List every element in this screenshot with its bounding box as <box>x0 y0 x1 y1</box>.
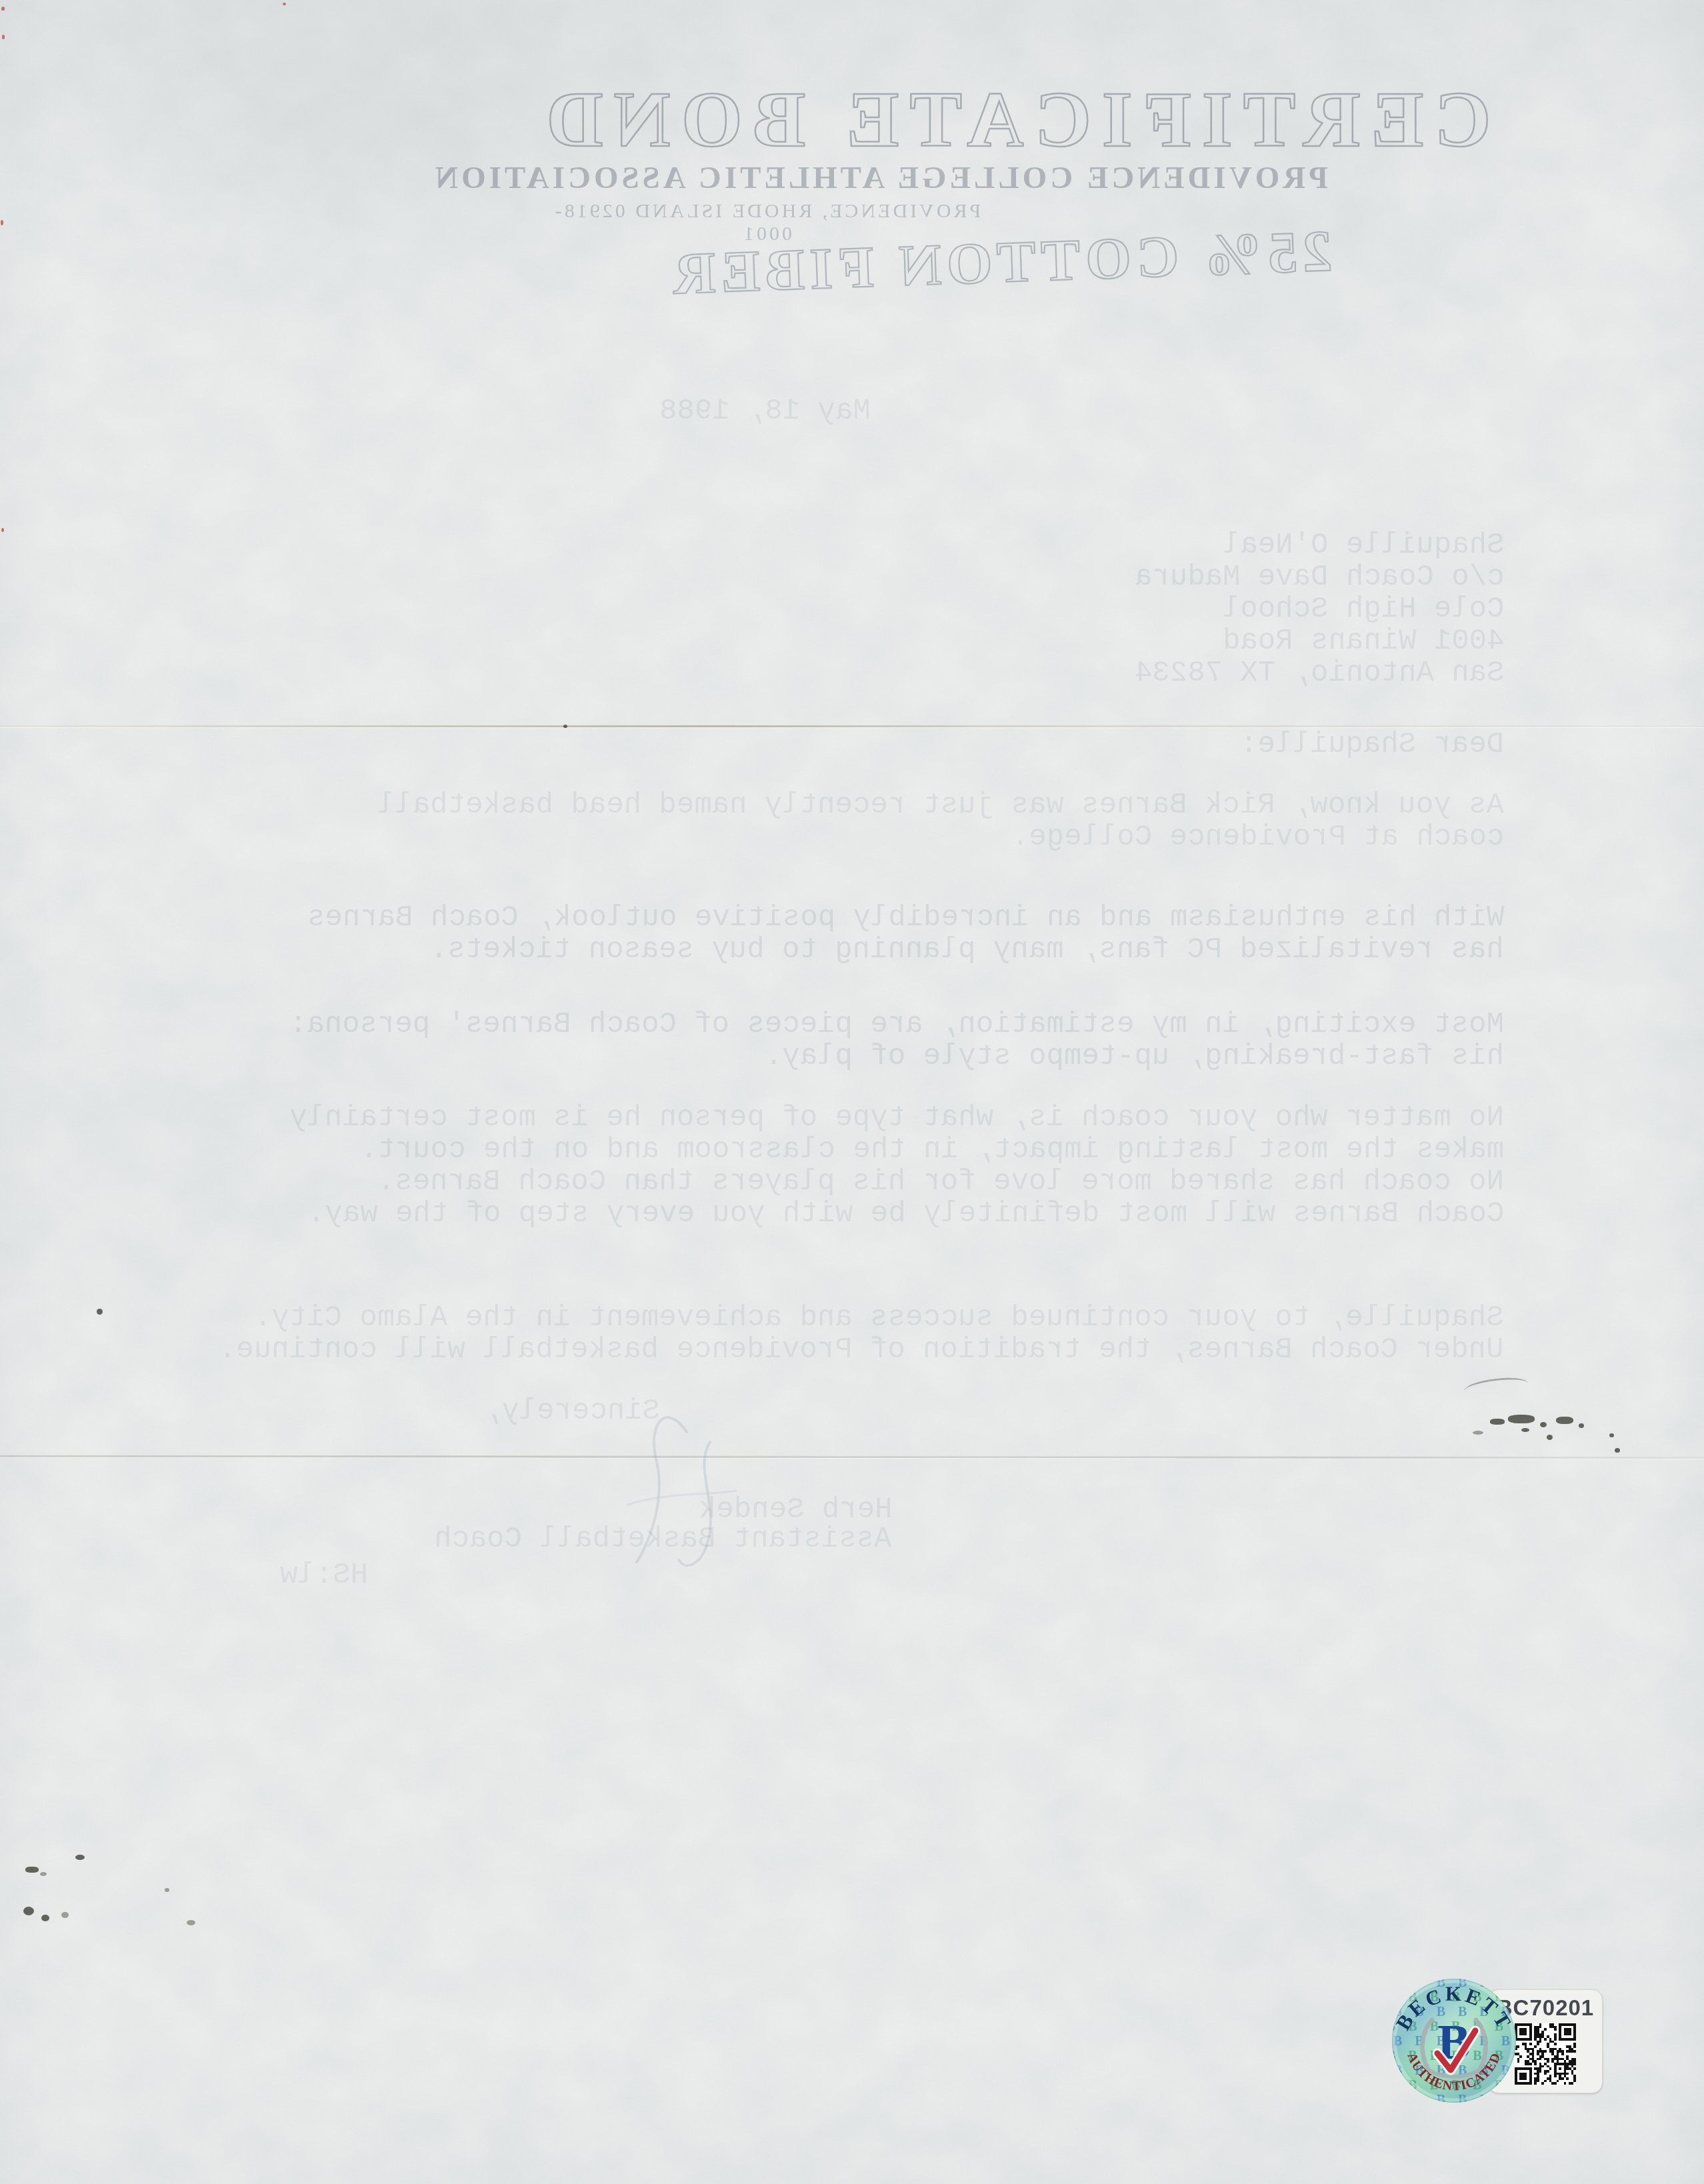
ink-speck <box>75 1855 85 1860</box>
red-fiber-speck <box>2 35 5 39</box>
ink-speck <box>1540 1422 1547 1427</box>
ink-speck <box>1615 1448 1620 1453</box>
ink-speck <box>1473 1431 1483 1435</box>
red-fiber-speck <box>1 7 5 11</box>
ink-speck <box>1556 1417 1573 1424</box>
paper-mottle-texture <box>0 0 1704 2184</box>
body-line: Shaquille, to your continued success and… <box>254 1301 1504 1335</box>
ink-speck <box>165 1888 169 1892</box>
body-line: Coach Barnes will most definitely be wit… <box>307 1197 1505 1231</box>
recipient-line: Shaquille O'Neal <box>1223 529 1504 562</box>
ink-speck <box>1547 1435 1553 1440</box>
ink-speck <box>97 1309 103 1315</box>
body-line: With his enthusiasm and an incredibly po… <box>307 901 1505 935</box>
recipient-line: San Antonio, TX 78234 <box>1135 657 1505 690</box>
letter-date: May 18, 1988 <box>659 395 871 428</box>
red-fiber-speck <box>1 220 3 225</box>
body-line: has revitalized PC fans, many planning t… <box>430 933 1504 967</box>
red-fiber-speck <box>1 528 4 532</box>
signer-title-line: Assistant Basketball Coach <box>434 1523 892 1556</box>
qr-code <box>1515 2023 1576 2085</box>
typist-initials-line: HS:lw <box>280 1559 368 1592</box>
salutation-line: Dear Shaquille: <box>1240 728 1504 761</box>
ink-speck <box>23 1907 34 1915</box>
paper-grain-texture <box>0 0 1704 2184</box>
ink-speck <box>563 725 567 728</box>
signer-name-line: Herb Sendek <box>699 1493 892 1527</box>
body-line: No coach has shared more love for his pl… <box>377 1165 1504 1199</box>
ink-speck <box>25 1867 39 1873</box>
watermark-certificate-bond: CERTIFICATE BOND <box>427 75 1600 165</box>
recipient-line: Cole High School <box>1223 593 1504 626</box>
body-line: makes the most lasting impact, in the cl… <box>360 1133 1504 1167</box>
body-line: As you know, Rick Barnes was just recent… <box>377 789 1504 822</box>
body-line: his fast-breaking, up-tempo style of pla… <box>765 1040 1504 1073</box>
body-line: coach at Providence College. <box>1011 821 1504 854</box>
red-fiber-speck <box>283 3 286 5</box>
body-line: Most exciting, in my estimation, are pie… <box>289 1008 1504 1041</box>
recipient-line: c/o Coach Dave Madura <box>1135 561 1505 594</box>
fold-crease-bottom <box>0 1455 1704 1459</box>
ink-speck <box>187 1920 195 1925</box>
ink-speck <box>40 1872 47 1876</box>
ink-speck <box>1521 1428 1529 1432</box>
ink-speck <box>41 1915 49 1921</box>
ink-speck <box>61 1912 69 1918</box>
ink-speck <box>1508 1415 1535 1423</box>
recipient-line: 4001 Winans Road <box>1223 625 1504 658</box>
pencil-arc-mark <box>1463 1375 1529 1399</box>
beckett-hologram-sticker: B B B B B B B B BB B B B B B B B BB B B … <box>1391 1976 1517 2105</box>
scan-vignette <box>0 0 1704 2184</box>
ink-speck <box>1490 1419 1505 1425</box>
ink-speck <box>1579 1423 1584 1428</box>
fold-crease-top <box>0 725 1704 727</box>
body-line: No matter who your coach is, what type o… <box>289 1101 1504 1135</box>
scanned-letter-back-page: CERTIFICATE BOND PROVIDENCE COLLEGE ATHL… <box>0 0 1704 2184</box>
ink-speck <box>1609 1433 1614 1437</box>
showthrough-org-name: PROVIDENCE COLLEGE ATHLETIC ASSOCIATION <box>413 160 1347 196</box>
body-line: Under Coach Barnes, the tradition of Pro… <box>219 1333 1504 1367</box>
